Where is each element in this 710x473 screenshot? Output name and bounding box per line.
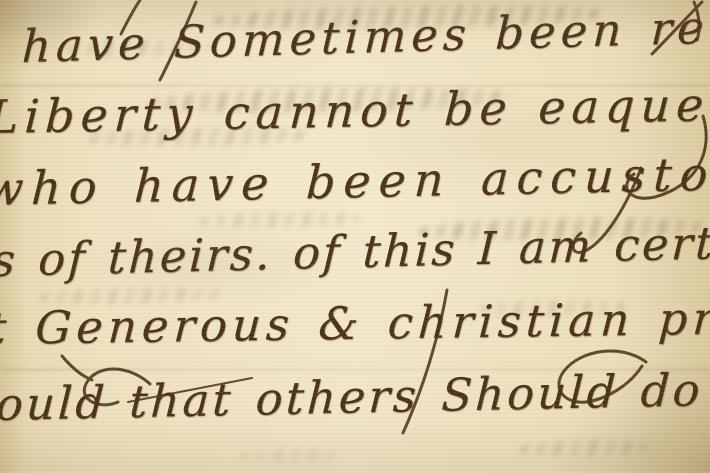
manuscript-line-5: t Generous & christian prin	[0, 295, 710, 351]
manuscript-line-3: who have been accustomed	[0, 148, 710, 212]
manuscript-page: have Sometimes been read Liberty cannot …	[0, 0, 710, 473]
manuscript-line-1: have Sometimes been read	[21, 3, 710, 69]
ink-bleedthrough-mark	[238, 449, 341, 463]
manuscript-line-6: ould that others Should do o	[0, 366, 710, 427]
manuscript-line-2: Liberty cannot be eaquelly	[0, 80, 710, 140]
ink-bleedthrough-mark	[518, 439, 653, 457]
manuscript-line-4: s of theirs. of this I am cert	[0, 220, 710, 283]
